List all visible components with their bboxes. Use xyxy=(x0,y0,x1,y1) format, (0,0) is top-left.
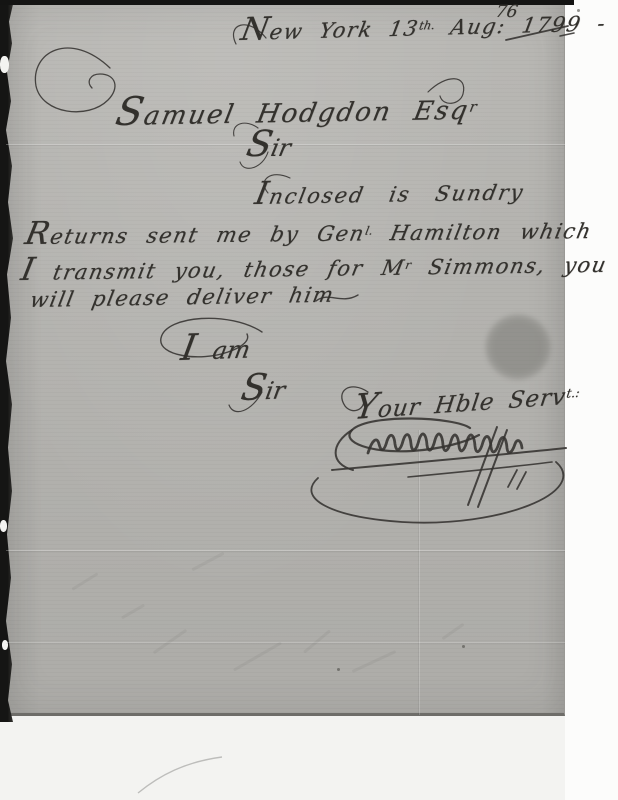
recipient-line: Samuel Hodgdon Esqr xyxy=(112,84,481,135)
fold-crease-vertical xyxy=(418,430,420,715)
salutation: Sir xyxy=(243,124,296,165)
pencil-mark xyxy=(120,745,240,800)
edge-notch xyxy=(0,56,9,73)
dust-speck xyxy=(337,668,340,671)
round-stain xyxy=(485,314,551,380)
fold-crease xyxy=(6,550,565,552)
body-line-1: Inclosed is Sundry xyxy=(252,171,528,212)
dust-speck xyxy=(462,645,465,648)
edge-notch xyxy=(0,520,7,532)
scan-top-edge xyxy=(0,0,574,5)
closing-i-am: I am xyxy=(178,325,254,369)
scanned-letter: 76 New York 13th. Aug: 1799 - Samuel Hod… xyxy=(0,0,618,800)
closing-sir: Sir xyxy=(238,366,289,409)
fold-crease xyxy=(6,642,565,644)
